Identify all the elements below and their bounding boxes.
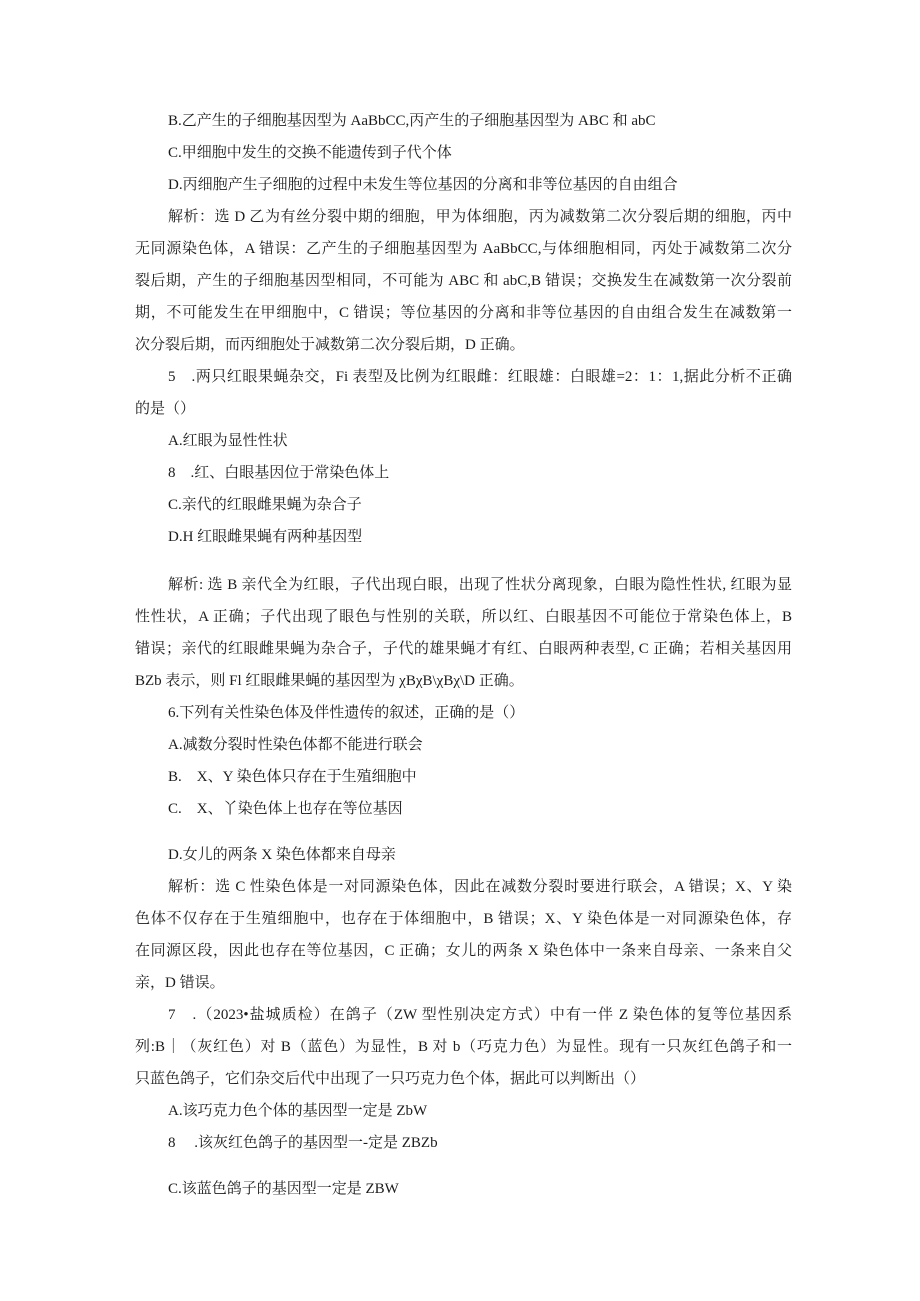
option-a-question-6: A.减数分裂时性染色体都不能进行联会 — [135, 729, 792, 761]
question-7-stem-line-2: 列:B｜（灰红色）对 B（蓝色）为显性，B 对 b（巧克力色）为显性。现有一只灰… — [135, 1031, 792, 1063]
question-7-stem-line-1: 7 .（2023•盐城质检）在鸽子（ZW 型性别决定方式）中有一伴 Z 染色体的… — [135, 999, 792, 1031]
analysis-question-6-line-1: 解析：选 C 性染色体是一对同源染色体，因此在减数分裂时要进行联会，A 错误；X… — [135, 871, 792, 903]
option-a-question-7: A.该巧克力色个体的基因型一定是 ZbW — [135, 1095, 792, 1127]
option-d-question-6: D.女儿的两条 X 染色体都来自母亲 — [135, 839, 792, 871]
analysis-question-6-line-3: 在同源区段，因此也存在等位基因，C 正确；女儿的两条 X 染色体中一条来自母亲、… — [135, 935, 792, 967]
analysis-question-4-line-3: 裂后期，产生的子细胞基因型相同，不可能为 ABC 和 abC,B 错误；交换发生… — [135, 265, 792, 297]
question-5-stem-line-2: 的是（） — [135, 393, 792, 425]
option-c-question-5: C.亲代的红眼雌果蝇为杂合子 — [135, 489, 792, 521]
analysis-question-4-line-5: 次分裂后期，而丙细胞处于减数第二次分裂后期，D 正确。 — [135, 329, 792, 361]
analysis-question-5-line-1: 解析: 选 B 亲代全为红眼，子代出现白眼，出现了性状分离现象，白眼为隐性性状,… — [135, 569, 792, 601]
analysis-question-6-line-2: 色体不仅存在于生殖细胞中，也存在于体细胞中，B 错误；X、Y 染色体是一对同源染… — [135, 903, 792, 935]
option-b-question-6: B. X、Y 染色体只存在于生殖细胞中 — [135, 761, 792, 793]
analysis-question-4-line-2: 无同源染色体，A 错误：乙产生的子细胞基因型为 AaBbCC,与体细胞相同，丙处… — [135, 233, 792, 265]
analysis-question-4-line-4: 期，不可能发生在甲细胞中，C 错误；等位基因的分离和非等位基因的自由组合发生在减… — [135, 297, 792, 329]
analysis-question-5-line-2: 性性状，A 正确；子代出现了眼色与性别的关联，所以红、白眼基因不可能位于常染色体… — [135, 601, 792, 633]
option-b-question-5: 8 .红、白眼基因位于常染色体上 — [135, 457, 792, 489]
option-a-question-5: A.红眼为显性性状 — [135, 425, 792, 457]
option-c-question-4: C.甲细胞中发生的交换不能遗传到子代个体 — [135, 137, 792, 169]
option-d-question-4: D.丙细胞产生子细胞的过程中未发生等位基因的分离和非等位基因的自由组合 — [135, 169, 792, 201]
question-7-stem-line-3: 只蓝色鸽子，它们杂交后代中出现了一只巧克力色个体，据此可以判断出（） — [135, 1063, 792, 1095]
option-b-question-7: 8 .该灰红色鸽子的基因型一-定是 ZBZb — [135, 1127, 792, 1159]
analysis-question-4-line-1: 解析：选 D 乙为有丝分裂中期的细胞，甲为体细胞，丙为减数第二次分裂后期的细胞，… — [135, 201, 792, 233]
analysis-question-6-line-4: 亲，D 错误。 — [135, 967, 792, 999]
document-page: B.乙产生的子细胞基因型为 AaBbCC,丙产生的子细胞基因型为 ABC 和 a… — [0, 0, 920, 1301]
analysis-question-5-line-3: 错误；亲代的红眼雌果蝇为杂合子，子代的雄果蝇才有红、白眼两种表型, C 正确；若… — [135, 633, 792, 665]
option-d-question-5: D.H 红眼雌果蝇有两种基因型 — [135, 521, 792, 553]
question-6-stem: 6.下列有关性染色体及伴性遗传的叙述，正确的是（） — [135, 697, 792, 729]
option-c-question-7: C.该蓝色鸽子的基因型一定是 ZBW — [135, 1173, 792, 1205]
question-5-stem-line-1: 5 .两只红眼果蝇杂交，Fi 表型及比例为红眼雌：红眼雄：白眼雄=2：1：1,据… — [135, 361, 792, 393]
option-c-question-6: C. X、丫染色体上也存在等位基因 — [135, 793, 792, 825]
analysis-question-5-line-4: BZb 表示，则 Fl 红眼雌果蝇的基因型为 χBχB\χBχ\D 正确。 — [135, 665, 792, 697]
option-b-question-4: B.乙产生的子细胞基因型为 AaBbCC,丙产生的子细胞基因型为 ABC 和 a… — [135, 105, 792, 137]
